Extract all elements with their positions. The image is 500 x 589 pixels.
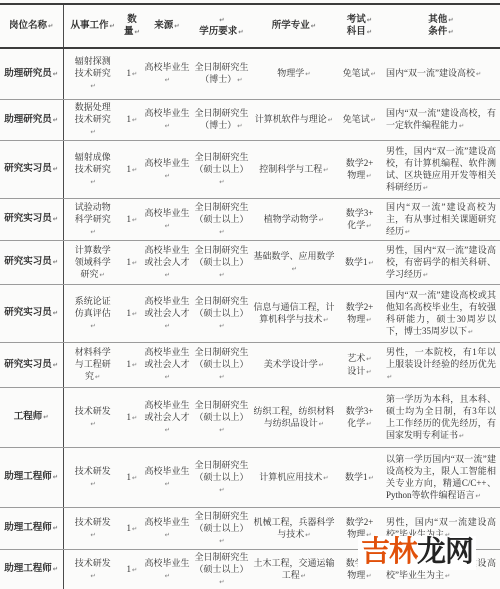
cell-source: 高校毕业生↵	[142, 48, 192, 99]
paragraph-mark-icon: ↵	[53, 565, 58, 573]
cell-count: 1↵	[122, 284, 142, 342]
paragraph-mark-icon: ↵	[132, 525, 137, 533]
cell-position: 助理研究员↵	[0, 48, 63, 99]
col-header-position: 岗位名称↵	[0, 4, 63, 48]
paragraph-mark-icon: ↵	[219, 486, 224, 494]
cell-duty: 辐射成像技术研究↵	[63, 140, 122, 198]
cell-other: 国内“双一流”建设高校或其他知名高校毕业生，有较强科研能力，硕士30周岁以下，博…	[382, 284, 500, 342]
paragraph-mark-icon: ↵	[43, 413, 48, 421]
cell-education: 全日制研究生（硕士以上）↵	[192, 198, 251, 240]
cell-position: 工程师↵	[0, 387, 63, 447]
paragraph-mark-icon: ↵	[53, 215, 58, 223]
paragraph-mark-icon: ↵	[405, 228, 410, 236]
paragraph-mark-icon: ↵	[423, 271, 428, 279]
cell-duty: 系统论证仿真评估↵	[63, 284, 122, 342]
cell-duty: 试验动物科学研究↵	[63, 198, 122, 240]
paragraph-mark-icon: ↵	[132, 216, 137, 224]
cell-source: 高校毕业生或社会人才↵	[142, 387, 192, 447]
table-row: 研究实习员↵试验动物科学研究↵1↵高校毕业生↵全日制研究生（硕士以上）↵植物学动…	[0, 198, 500, 240]
col-header-count: 数量↵	[122, 4, 142, 48]
paragraph-mark-icon: ↵	[323, 316, 328, 324]
paragraph-mark-icon: ↵	[132, 166, 137, 174]
cell-education: 全日制研究生（博士）↵	[192, 48, 251, 99]
paragraph-mark-icon: ↵	[165, 322, 170, 330]
cell-education: 全日制研究生（硕士以上）↵	[192, 342, 251, 387]
paragraph-mark-icon: ↵	[371, 70, 376, 78]
paragraph-mark-icon: ↵	[366, 572, 371, 580]
cell-position: 助理研究员↵	[0, 99, 63, 140]
paragraph-mark-icon: ↵	[319, 216, 324, 224]
cell-source: 高校毕业生或社会人才↵	[142, 342, 192, 387]
paragraph-mark-icon: ↵	[301, 572, 306, 580]
paragraph-mark-icon: ↵	[132, 474, 137, 482]
cell-education: 全日制研究生（硕士以上）↵	[192, 447, 251, 507]
cell-other: 第一学历为本科，且本科、硕士均为全日制，有3年以上工作经历的优先经历，有国家发明…	[382, 387, 500, 447]
cell-duty: 数据处理技术研究↵	[63, 99, 122, 140]
cell-duty: 计算数学领域科学研究↵	[63, 240, 122, 284]
recruitment-positions-table: 岗位名称↵ 从事工作↵ 数量↵ 来源↵ ↵学历要求↵ 所学专业↵ 考试↵科目↵ …	[0, 3, 500, 589]
col-header-exam: 考试↵科目↵	[337, 4, 382, 48]
cell-major: 美术学设计学↵	[251, 342, 337, 387]
cell-count: 1↵	[122, 387, 142, 447]
paragraph-mark-icon: ↵	[91, 322, 96, 330]
paragraph-mark-icon: ↵	[366, 355, 371, 363]
cell-exam: 免笔试↵	[337, 48, 382, 99]
cell-education: 全日制研究生（硕士以上）↵	[192, 507, 251, 549]
paragraph-mark-icon: ↵	[174, 22, 179, 30]
cell-other: 国内“双一流”建设高校为主，有从事过相关课题研究经历↵	[382, 198, 500, 240]
cell-exam: 数学2+物理↵	[337, 284, 382, 342]
paragraph-mark-icon: ↵	[165, 480, 170, 488]
paragraph-mark-icon: ↵	[165, 572, 170, 580]
paragraph-mark-icon: ↵	[100, 271, 105, 279]
paragraph-mark-icon: ↵	[132, 70, 137, 78]
cell-duty: 技术研发↵	[63, 447, 122, 507]
paragraph-mark-icon: ↵	[468, 328, 473, 336]
cell-count: 1↵	[122, 140, 142, 198]
paragraph-mark-icon: ↵	[319, 420, 324, 428]
table-row: 助理工程师↵技术研发↵1↵高校毕业生↵全日制研究生（硕士以上）↵计算机应用技术↵…	[0, 447, 500, 507]
paragraph-mark-icon: ↵	[165, 271, 170, 279]
paragraph-mark-icon: ↵	[445, 572, 450, 580]
paragraph-mark-icon: ↵	[366, 420, 371, 428]
paragraph-mark-icon: ↵	[91, 572, 96, 580]
cell-source: 高校毕业生或社会人才↵	[142, 284, 192, 342]
paragraph-mark-icon: ↵	[132, 259, 137, 267]
cell-major: 基础数学、应用数学↵	[251, 240, 337, 284]
paragraph-mark-icon: ↵	[53, 473, 58, 481]
paragraph-mark-icon: ↵	[369, 259, 374, 267]
paragraph-mark-icon: ↵	[328, 116, 333, 124]
paragraph-mark-icon: ↵	[135, 28, 140, 36]
cell-exam: 艺术↵设计↵	[337, 342, 382, 387]
cell-count: 1↵	[122, 99, 142, 140]
cell-other: 男性，国内“双一流”建设高校，有计算机编程、软件测试、区块链应用开发等相关科研经…	[382, 140, 500, 198]
paragraph-mark-icon: ↵	[305, 531, 310, 539]
cell-education: 全日制研究生（硕士以上）↵	[192, 240, 251, 284]
paragraph-mark-icon: ↵	[165, 426, 170, 434]
cell-count: 1↵	[122, 447, 142, 507]
watermark-text-primary: 吉林	[361, 536, 417, 568]
paragraph-mark-icon: ↵	[91, 128, 96, 136]
paragraph-mark-icon: ↵	[369, 474, 374, 482]
paragraph-mark-icon: ↵	[132, 566, 137, 574]
col-header-duty: 从事工作↵	[63, 4, 122, 48]
paragraph-mark-icon: ↵	[237, 122, 242, 130]
cell-education: 全日制研究生（硕士以上）↵	[192, 387, 251, 447]
cell-exam: 数学1↵	[337, 447, 382, 507]
paragraph-mark-icon: ↵	[91, 420, 96, 428]
paragraph-mark-icon: ↵	[367, 16, 372, 24]
cell-other: 男性，国内“双一流”建设高校，有密码学的相关科研、学习经历↵	[382, 240, 500, 284]
cell-source: 高校毕业生↵	[142, 507, 192, 549]
cell-other: 国内“双一流”建设高校，有一定软件编程能力↵	[382, 99, 500, 140]
paragraph-mark-icon: ↵	[305, 70, 310, 78]
paragraph-mark-icon: ↵	[323, 474, 328, 482]
paragraph-mark-icon: ↵	[132, 361, 137, 369]
cell-count: 1↵	[122, 549, 142, 589]
table-row: 研究实习员↵计算数学领域科学研究↵1↵高校毕业生或社会人才↵全日制研究生（硕士以…	[0, 240, 500, 284]
cell-duty: 技术研发↵	[63, 549, 122, 589]
table-row: 研究实习员↵材料科学与工程研究↵1↵高校毕业生或社会人才↵全日制研究生（硕士以上…	[0, 342, 500, 387]
cell-position: 助理工程师↵	[0, 507, 63, 549]
table-row: 助理研究员↵数据处理技术研究↵1↵高校毕业生↵全日制研究生（博士）↵计算机软件与…	[0, 99, 500, 140]
cell-position: 研究实习员↵	[0, 284, 63, 342]
paragraph-mark-icon: ↵	[238, 28, 243, 36]
cell-source: 高校毕业生↵	[142, 198, 192, 240]
paragraph-mark-icon: ↵	[165, 531, 170, 539]
paragraph-mark-icon: ↵	[448, 16, 453, 24]
paragraph-mark-icon: ↵	[219, 178, 224, 186]
cell-position: 助理工程师↵	[0, 549, 63, 589]
cell-major: 土木工程，交通运输工程↵	[251, 549, 337, 589]
paragraph-mark-icon: ↵	[95, 373, 100, 381]
col-header-major: 所学专业↵	[251, 4, 337, 48]
paragraph-mark-icon: ↵	[91, 531, 96, 539]
paragraph-mark-icon: ↵	[476, 492, 481, 500]
cell-major: 计算机软件与理论↵	[251, 99, 337, 140]
cell-position: 研究实习员↵	[0, 198, 63, 240]
cell-count: 1↵	[122, 48, 142, 99]
paragraph-mark-icon: ↵	[366, 172, 371, 180]
cell-duty: 技术研发↵	[63, 387, 122, 447]
watermark: 吉林龙网	[358, 536, 476, 570]
table-row: 研究实习员↵系统论证仿真评估↵1↵高校毕业生或社会人才↵全日制研究生（硕士以上）…	[0, 284, 500, 342]
paragraph-mark-icon: ↵	[53, 309, 58, 317]
paragraph-mark-icon: ↵	[219, 537, 224, 545]
paragraph-mark-icon: ↵	[476, 70, 481, 78]
cell-count: 1↵	[122, 198, 142, 240]
cell-major: 机械工程，兵器科学与技术↵	[251, 507, 337, 549]
paragraph-mark-icon: ↵	[366, 222, 371, 230]
paragraph-mark-icon: ↵	[165, 122, 170, 130]
cell-source: 高校毕业生↵	[142, 99, 192, 140]
document-page: 岗位名称↵ 从事工作↵ 数量↵ 来源↵ ↵学历要求↵ 所学专业↵ 考试↵科目↵ …	[0, 3, 500, 589]
cell-position: 研究实习员↵	[0, 140, 63, 198]
paragraph-mark-icon: ↵	[53, 361, 58, 369]
paragraph-mark-icon: ↵	[91, 178, 96, 186]
cell-count: 1↵	[122, 507, 142, 549]
paragraph-mark-icon: ↵	[53, 524, 58, 532]
paragraph-mark-icon: ↵	[165, 172, 170, 180]
cell-education: 全日制研究生（硕士以上）↵	[192, 140, 251, 198]
paragraph-mark-icon: ↵	[219, 322, 224, 330]
col-header-source: 来源↵	[142, 4, 192, 48]
table-header: 岗位名称↵ 从事工作↵ 数量↵ 来源↵ ↵学历要求↵ 所学专业↵ 考试↵科目↵ …	[0, 4, 500, 48]
paragraph-mark-icon: ↵	[53, 70, 58, 78]
paragraph-mark-icon: ↵	[219, 271, 224, 279]
table-row: 研究实习员↵辐射成像技术研究↵1↵高校毕业生↵全日制研究生（硕士以上）↵控制科学…	[0, 140, 500, 198]
paragraph-mark-icon: ↵	[459, 122, 464, 130]
paragraph-mark-icon: ↵	[91, 228, 96, 236]
paragraph-mark-icon: ↵	[237, 76, 242, 84]
paragraph-mark-icon: ↵	[219, 426, 224, 434]
cell-other: 男性，一本院校，有1年以上服装设计经验的经历优先↵	[382, 342, 500, 387]
cell-other: 国内“双一流”建设高校↵	[382, 48, 500, 99]
cell-source: 高校毕业生↵	[142, 447, 192, 507]
cell-major: 控制科学与工程↵	[251, 140, 337, 198]
watermark-text-secondary: 龙网	[417, 536, 473, 568]
paragraph-mark-icon: ↵	[371, 116, 376, 124]
cell-position: 研究实习员↵	[0, 342, 63, 387]
cell-position: 研究实习员↵	[0, 240, 63, 284]
paragraph-mark-icon: ↵	[311, 22, 316, 30]
paragraph-mark-icon: ↵	[459, 432, 464, 440]
paragraph-mark-icon: ↵	[110, 22, 115, 30]
paragraph-mark-icon: ↵	[165, 76, 170, 84]
cell-exam: 数学3+化学↵	[337, 387, 382, 447]
cell-exam: 免笔试↵	[337, 99, 382, 140]
cell-count: 1↵	[122, 342, 142, 387]
col-header-education: ↵学历要求↵	[192, 4, 251, 48]
paragraph-mark-icon: ↵	[323, 166, 328, 174]
paragraph-mark-icon: ↵	[132, 310, 137, 318]
paragraph-mark-icon: ↵	[53, 258, 58, 266]
paragraph-mark-icon: ↵	[292, 265, 297, 273]
paragraph-mark-icon: ↵	[132, 414, 137, 422]
cell-duty: 材料科学与工程研究↵	[63, 342, 122, 387]
col-header-other: 其他↵条件↵	[382, 4, 500, 48]
paragraph-mark-icon: ↵	[165, 222, 170, 230]
paragraph-mark-icon: ↵	[366, 316, 371, 324]
paragraph-mark-icon: ↵	[448, 28, 453, 36]
cell-exam: 数学2+物理↵	[337, 140, 382, 198]
cell-major: 植物学动物学↵	[251, 198, 337, 240]
cell-other: 以第一学历国内“双一流”建设高校为主，限人工智能相关专业方向，精通C/C++、P…	[382, 447, 500, 507]
cell-duty: 技术研发↵	[63, 507, 122, 549]
cell-exam: 数学1↵	[337, 240, 382, 284]
paragraph-mark-icon: ↵	[91, 480, 96, 488]
paragraph-mark-icon: ↵	[132, 116, 137, 124]
cell-position: 助理工程师↵	[0, 447, 63, 507]
paragraph-mark-icon: ↵	[366, 368, 371, 376]
cell-source: 高校毕业生↵	[142, 140, 192, 198]
table-body: 助理研究员↵辐射探测技术研究↵1↵高校毕业生↵全日制研究生（博士）↵物理学↵免笔…	[0, 48, 500, 589]
paragraph-mark-icon: ↵	[423, 184, 428, 192]
paragraph-mark-icon: ↵	[91, 82, 96, 90]
cell-source: 高校毕业生↵	[142, 549, 192, 589]
cell-major: 纺织工程，纺织材料与纺织品设计↵	[251, 387, 337, 447]
header-row: 岗位名称↵ 从事工作↵ 数量↵ 来源↵ ↵学历要求↵ 所学专业↵ 考试↵科目↵ …	[0, 4, 500, 48]
cell-education: 全日制研究生（硕士以上）↵	[192, 284, 251, 342]
cell-source: 高校毕业生或社会人才↵	[142, 240, 192, 284]
paragraph-mark-icon: ↵	[219, 373, 224, 381]
cell-major: 计算机应用技术↵	[251, 447, 337, 507]
cell-education: 全日制研究生（博士）↵	[192, 99, 251, 140]
cell-count: 1↵	[122, 240, 142, 284]
paragraph-mark-icon: ↵	[219, 578, 224, 586]
paragraph-mark-icon: ↵	[319, 361, 324, 369]
table-row: 工程师↵技术研发↵1↵高校毕业生或社会人才↵全日制研究生（硕士以上）↵纺织工程，…	[0, 387, 500, 447]
paragraph-mark-icon: ↵	[387, 373, 392, 381]
cell-major: 物理学↵	[251, 48, 337, 99]
paragraph-mark-icon: ↵	[165, 373, 170, 381]
paragraph-mark-icon: ↵	[53, 165, 58, 173]
cell-exam: 数学3+化学↵	[337, 198, 382, 240]
paragraph-mark-icon: ↵	[367, 28, 372, 36]
paragraph-mark-icon: ↵	[219, 228, 224, 236]
paragraph-mark-icon: ↵	[219, 16, 224, 24]
cell-duty: 辐射探测技术研究↵	[63, 48, 122, 99]
cell-education: 全日制研究生（硕士以上）↵	[192, 549, 251, 589]
paragraph-mark-icon: ↵	[48, 22, 53, 30]
paragraph-mark-icon: ↵	[53, 116, 58, 124]
cell-major: 信息与通信工程，计算机科学与技术↵	[251, 284, 337, 342]
table-row: 助理研究员↵辐射探测技术研究↵1↵高校毕业生↵全日制研究生（博士）↵物理学↵免笔…	[0, 48, 500, 99]
